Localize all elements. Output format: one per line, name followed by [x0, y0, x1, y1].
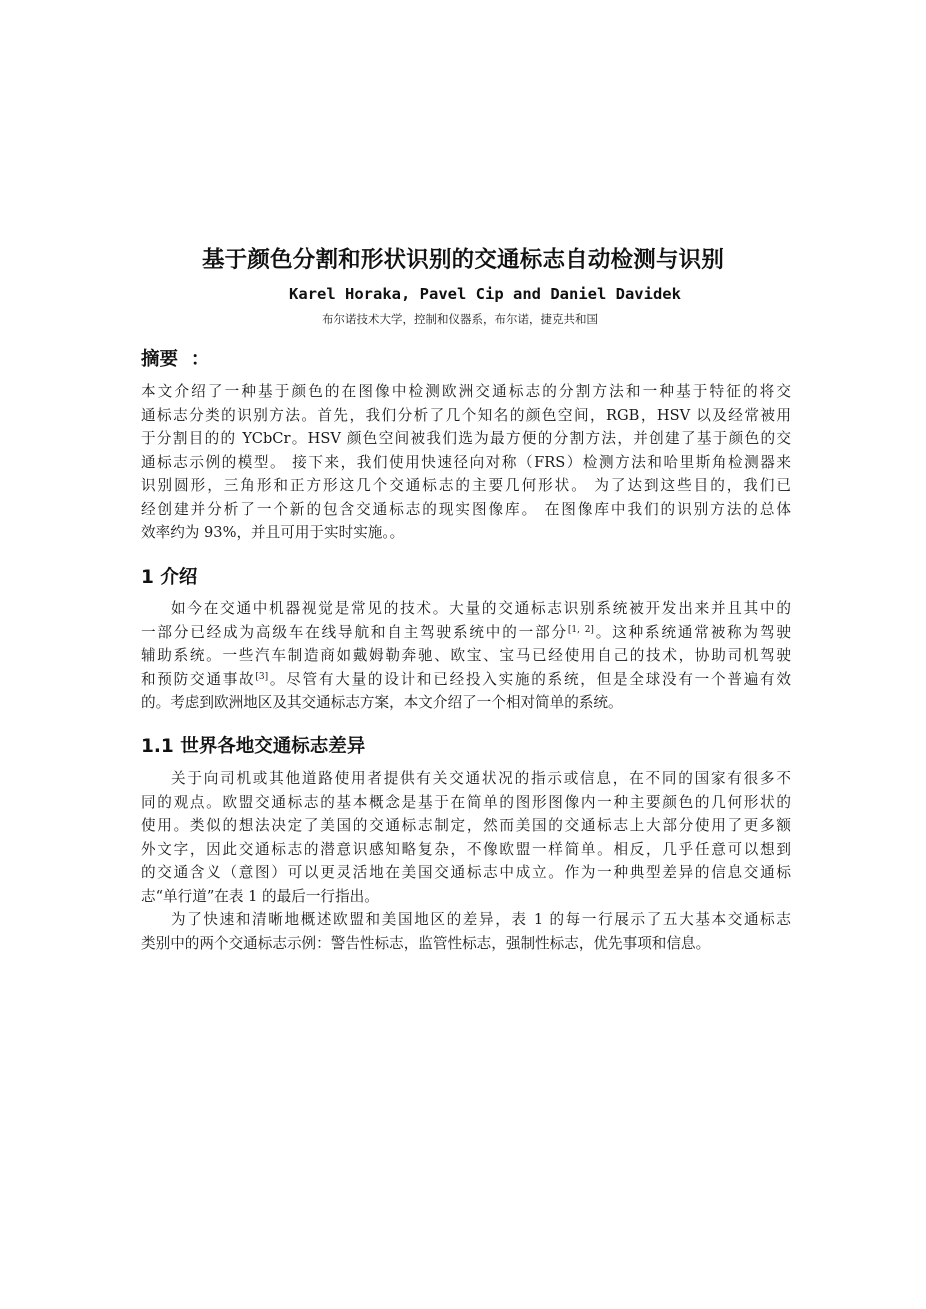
- intro-line: 一部分已经成为高级车在线导航和自主驾驶系统中的一部分[1, 2]。这种系统通常被…: [141, 621, 791, 645]
- body-line: 同的观点。欧盟交通标志的基本概念是基于在简单的图形图像内一种主要颜色的几何形状的: [141, 791, 791, 815]
- abstract-heading: 摘要 ：: [141, 345, 209, 371]
- introduction-body: 如今在交通中机器视觉是常见的技术。大量的交通标志识别系统被开发出来并且其中的 一…: [141, 597, 791, 715]
- intro-text: 。尽管有大量的设计和已经投入实施的系统，但是全球没有一个普遍有效: [268, 671, 791, 688]
- citation-ref: [3]: [255, 672, 268, 682]
- body-line: 外文字，因此交通标志的潜意识感知略复杂，不像欧盟一样简单。相反，几乎任意可以想到: [141, 838, 791, 862]
- sign-differences-body: 关于向司机或其他道路使用者提供有关交通状况的指示或信息，在不同的国家有很多不 同…: [141, 767, 791, 955]
- intro-line: 如今在交通中机器视觉是常见的技术。大量的交通标志识别系统被开发出来并且其中的: [141, 597, 791, 621]
- body-line: 关于向司机或其他道路使用者提供有关交通状况的指示或信息，在不同的国家有很多不: [141, 767, 791, 791]
- abstract-line: 识别圆形，三角形和正方形这几个交通标志的主要几何形状。 为了达到这些目的，我们已: [141, 474, 791, 498]
- paper-affiliation: 布尔诺技术大学，控制和仪器系，布尔诺，捷克共和国: [140, 311, 780, 327]
- abstract-line: 于分割目的的 YCbCr。HSV 颜色空间被我们选为最方便的分割方法，并创建了基…: [141, 427, 791, 451]
- intro-line: 和预防交通事故[3]。尽管有大量的设计和已经投入实施的系统，但是全球没有一个普遍…: [141, 668, 791, 692]
- intro-line: 辅助系统。一些汽车制造商如戴姆勒奔驰、欧宝、宝马已经使用自己的技术，协助司机驾驶: [141, 644, 791, 668]
- intro-text: 一部分已经成为高级车在线导航和自主驾驶系统中的一部分: [141, 624, 568, 641]
- intro-text: 。这种系统通常被称为驾驶: [594, 624, 791, 641]
- paper-title: 基于颜色分割和形状识别的交通标志自动检测与识别: [140, 242, 786, 274]
- intro-text: 和预防交通事故: [141, 671, 255, 688]
- body-line: 志“单行道”在表 1 的最后一行指出。: [141, 885, 791, 909]
- body-line: 为了快速和清晰地概述欧盟和美国地区的差异，表 1 的每一行展示了五大基本交通标志: [141, 908, 791, 932]
- document-page: 基于颜色分割和形状识别的交通标志自动检测与识别 Karel Horaka, Pa…: [0, 0, 926, 1309]
- abstract-body: 本文介绍了一种基于颜色的在图像中检测欧洲交通标志的分割方法和一种基于特征的将交 …: [141, 380, 791, 545]
- section-heading-sign-differences: 1.1 世界各地交通标志差异: [141, 732, 365, 758]
- section-heading-introduction: 1 介绍: [141, 563, 197, 589]
- abstract-line: 通标志分类的识别方法。首先，我们分析了几个知名的颜色空间，RGB，HSV 以及经…: [141, 404, 791, 428]
- intro-line: 的。考虑到欧洲地区及其交通标志方案，本文介绍了一个相对简单的系统。: [141, 691, 791, 715]
- body-line: 的交通含义（意图）可以更灵活地在美国交通标志中成立。作为一种典型差异的信息交通标: [141, 861, 791, 885]
- body-line: 使用。类似的想法决定了美国的交通标志制定，然而美国的交通标志上大部分使用了更多额: [141, 814, 791, 838]
- abstract-line: 本文介绍了一种基于颜色的在图像中检测欧洲交通标志的分割方法和一种基于特征的将交: [141, 380, 791, 404]
- abstract-line: 效率约为 93%，并且可用于实时实施。。: [141, 521, 791, 545]
- body-line: 类别中的两个交通标志示例：警告性标志，监管性标志，强制性标志，优先事项和信息。: [141, 932, 791, 956]
- abstract-line: 经创建并分析了一个新的包含交通标志的现实图像库。 在图像库中我们的识别方法的总体: [141, 498, 791, 522]
- paper-authors: Karel Horaka, Pavel Cip and Daniel David…: [140, 285, 830, 303]
- citation-ref: [1, 2]: [568, 625, 594, 635]
- abstract-line: 通标志示例的模型。 接下来，我们使用快速径向对称（FRS）检测方法和哈里斯角检测…: [141, 451, 791, 475]
